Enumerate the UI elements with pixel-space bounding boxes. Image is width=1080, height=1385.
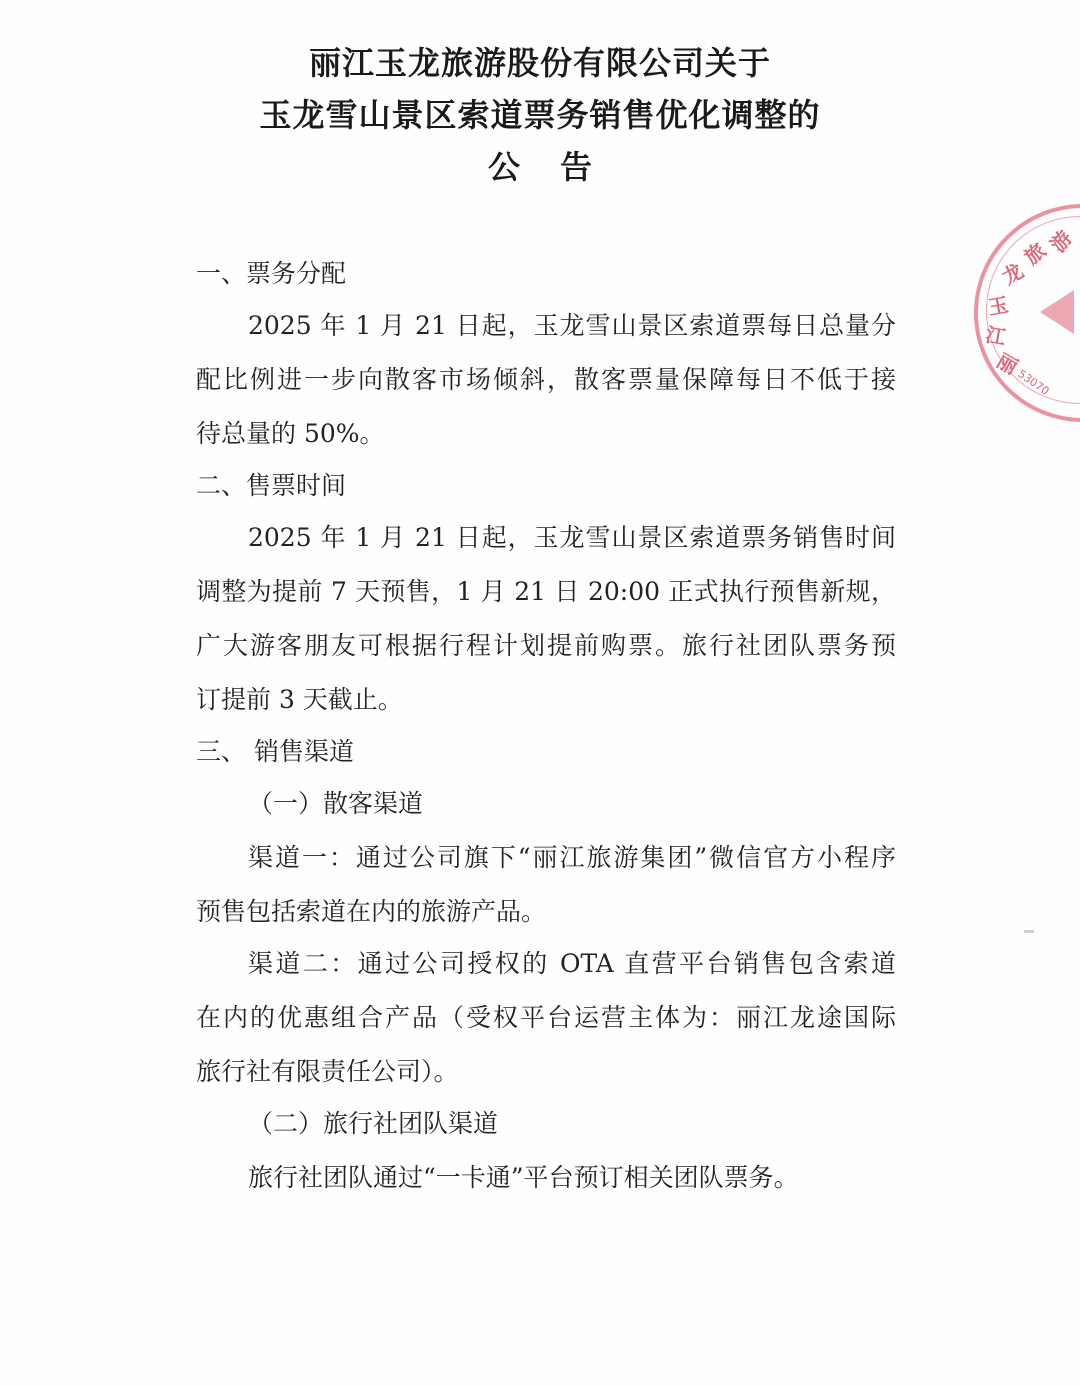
paragraph-line: 2025 年 1 月 21 日起，玉龙雪山景区索道票务销售时间 <box>248 522 896 554</box>
seal-star-icon <box>1040 290 1074 334</box>
section-heading-2: 二、售票时间 <box>196 470 346 502</box>
paragraph-line: 2025 年 1 月 21 日起，玉龙雪山景区索道票每日总量分 <box>248 310 896 342</box>
title-line-2: 玉龙雪山景区索道票务销售优化调整的 <box>0 90 1080 136</box>
title-line-3: 公告 <box>0 142 1080 188</box>
paragraph-line: 渠道二：通过公司授权的 OTA 直营平台销售包含索道 <box>248 948 896 980</box>
paragraph-line: 广大游客朋友可根据行程计划提前购票。旅行社团队票务预 <box>196 630 896 662</box>
paragraph-line: 调整为提前 7 天预售，1 月 21 日 20:00 正式执行预售新规， <box>196 576 896 608</box>
paragraph-line: 渠道一：通过公司旗下“丽江旅游集团”微信官方小程序 <box>248 842 896 874</box>
subsection-heading-1: （一）散客渠道 <box>248 788 423 820</box>
title-line-1: 丽江玉龙旅游股份有限公司关于 <box>0 38 1080 84</box>
paragraph-line: 待总量的 50%。 <box>196 418 385 450</box>
paragraph-line: 在内的优惠组合产品（受权平台运营主体为：丽江龙途国际 <box>196 1002 896 1034</box>
paragraph-line: 旅行社团队通过“一卡通”平台预订相关团队票务。 <box>248 1162 799 1194</box>
paragraph-line: 旅行社有限责任公司）。 <box>196 1056 459 1088</box>
paragraph-line: 配比例进一步向散客市场倾斜，散客票量保障每日不低于接 <box>196 364 896 396</box>
section-heading-3: 三、 销售渠道 <box>196 736 354 768</box>
paragraph-line: 预售包括索道在内的旅游产品。 <box>196 896 546 928</box>
subsection-heading-2: （二）旅行社团队渠道 <box>248 1108 498 1140</box>
paragraph-line: 订提前 3 天截止。 <box>196 684 403 716</box>
document-page: 丽江玉龙旅游股份有限公司关于 玉龙雪山景区索道票务销售优化调整的 公告 游 旅 … <box>0 0 1080 1385</box>
section-heading-1: 一、票务分配 <box>196 258 346 290</box>
scan-artifact <box>1024 930 1034 933</box>
